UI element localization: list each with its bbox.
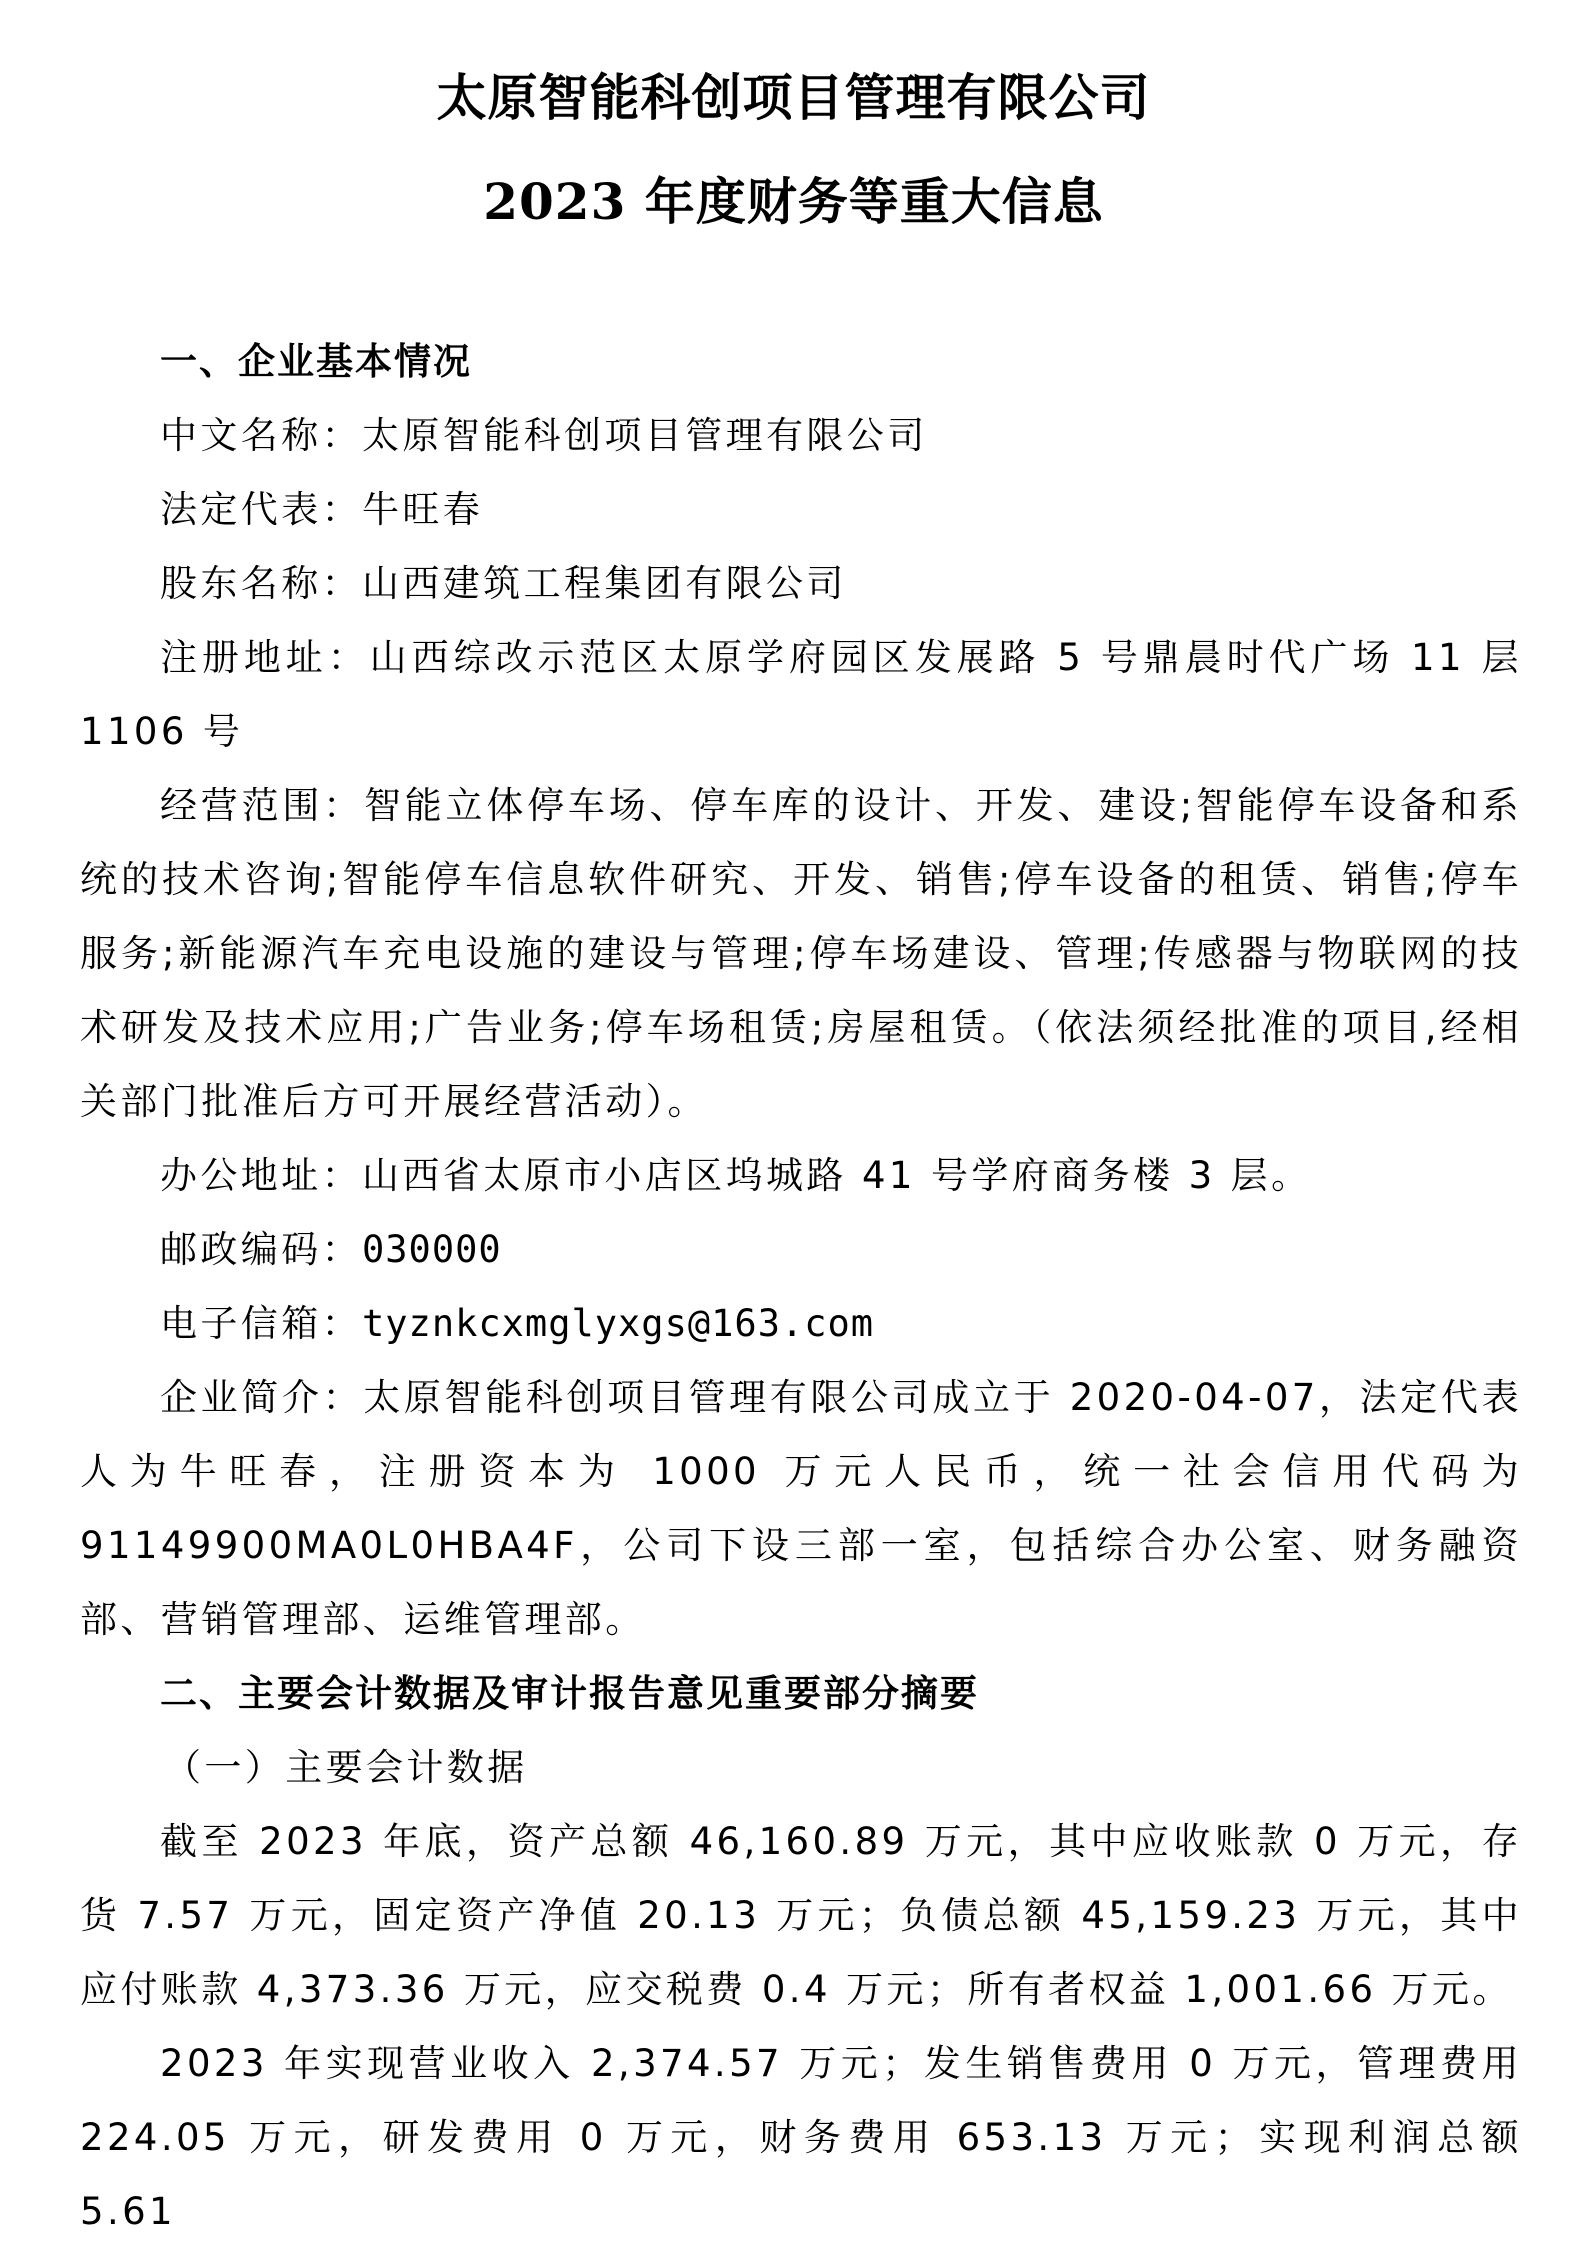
paragraph-income: 2023 年实现营业收入 2,374.57 万元；发生销售费用 0 万元，管理费… [80, 2027, 1522, 2245]
document-subtitle: 2023 年度财务等重大信息 [0, 172, 1587, 232]
field-value: 030000 [362, 1228, 502, 1271]
field-legal-representative: 法定代表：牛旺春 [80, 473, 1522, 547]
field-value: 智能立体停车场、停车库的设计、开发、建设;智能停车设备和系统的技术咨询;智能停车… [80, 784, 1522, 1123]
field-business-scope: 经营范围：智能立体停车场、停车库的设计、开发、建设;智能停车设备和系统的技术咨询… [80, 769, 1522, 1139]
field-label: 电子信箱： [160, 1302, 362, 1345]
document-body: 一、企业基本情况 中文名称：太原智能科创项目管理有限公司 法定代表：牛旺春 股东… [80, 325, 1522, 2245]
email-value: tyznkcxmglyxgs@163.com [362, 1302, 874, 1345]
section-heading-basic-info: 一、企业基本情况 [80, 325, 1522, 399]
field-label: 中文名称： [160, 414, 362, 457]
field-postal-code: 邮政编码：030000 [80, 1213, 1522, 1287]
document-title: 太原智能科创项目管理有限公司 [0, 68, 1587, 128]
field-label: 邮政编码： [160, 1228, 362, 1271]
field-company-profile: 企业简介：太原智能科创项目管理有限公司成立于 2020-04-07，法定代表人为… [80, 1361, 1522, 1657]
field-value: 牛旺春 [362, 488, 483, 531]
section-heading-accounting: 二、主要会计数据及审计报告意见重要部分摘要 [80, 1657, 1522, 1731]
field-email: 电子信箱：tyznkcxmglyxgs@163.com [80, 1287, 1522, 1361]
field-label: 企业简介： [160, 1376, 363, 1419]
field-shareholder: 股东名称：山西建筑工程集团有限公司 [80, 547, 1522, 621]
field-value: 山西省太原市小店区坞城路 41 号学府商务楼 3 层。 [362, 1154, 1311, 1197]
field-chinese-name: 中文名称：太原智能科创项目管理有限公司 [80, 399, 1522, 473]
field-office-address: 办公地址：山西省太原市小店区坞城路 41 号学府商务楼 3 层。 [80, 1139, 1522, 1213]
subsection-heading-main-data: （一）主要会计数据 [80, 1731, 1522, 1805]
field-label: 经营范围： [160, 784, 364, 827]
field-label: 法定代表： [160, 488, 362, 531]
field-value: 太原智能科创项目管理有限公司 [362, 414, 928, 457]
field-label: 注册地址： [160, 636, 370, 679]
document-page: 太原智能科创项目管理有限公司 2023 年度财务等重大信息 一、企业基本情况 中… [0, 0, 1587, 2245]
field-registered-address: 注册地址：山西综改示范区太原学府园区发展路 5 号鼎晨时代广场 11 层 110… [80, 621, 1522, 769]
field-label: 办公地址： [160, 1154, 362, 1197]
field-label: 股东名称： [160, 562, 362, 605]
paragraph-balance-sheet: 截至 2023 年底，资产总额 46,160.89 万元，其中应收账款 0 万元… [80, 1805, 1522, 2027]
field-value: 山西建筑工程集团有限公司 [362, 562, 847, 605]
